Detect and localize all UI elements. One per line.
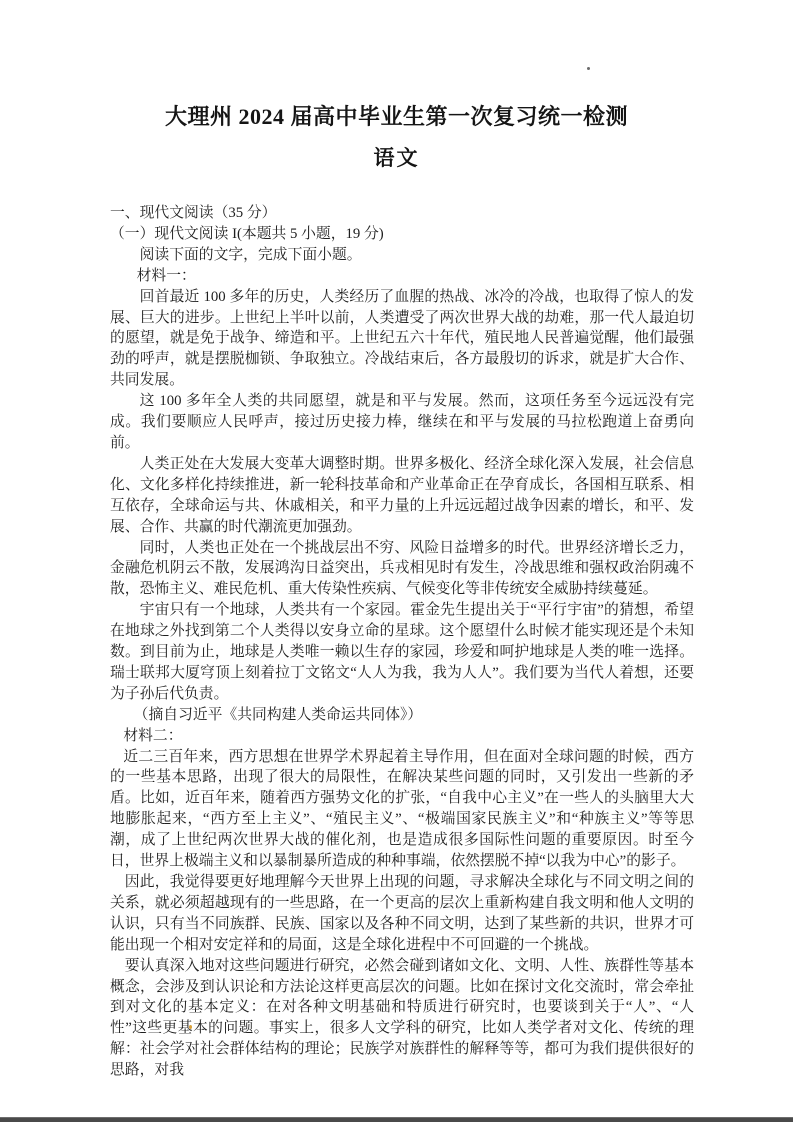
material-1-paragraph: 同时，人类也正处在一个挑战层出不穷、风险日益增多的时代。世界经济增长乏力，金融危… bbox=[110, 538, 694, 601]
scan-speck-top bbox=[587, 67, 590, 70]
material-1-label: 材料一： bbox=[110, 266, 694, 287]
exam-subject: 语文 bbox=[0, 142, 793, 172]
exam-title: 大理州 2024 届高中毕业生第一次复习统一检测 bbox=[0, 100, 793, 131]
instruction-line: 阅读下面的文字，完成下面小题。 bbox=[110, 245, 694, 266]
material-2-paragraph: 近二三百年来，西方思想在世界学术界起着主导作用，但在面对全球问题的时候，西方的一… bbox=[110, 747, 694, 872]
scan-speck-bottom bbox=[189, 1025, 192, 1029]
material-1-paragraph: 这 100 多年全人类的共同愿望，就是和平与发展。然而，这项任务至今远远没有完成… bbox=[110, 391, 694, 454]
document-page: 大理州 2024 届高中毕业生第一次复习统一检测 语文 一、现代文阅读（35 分… bbox=[0, 0, 793, 1122]
material-2-label: 材料二： bbox=[110, 726, 694, 747]
exam-body: 一、现代文阅读（35 分） （一）现代文阅读 I(本题共 5 小题，19 分) … bbox=[110, 203, 694, 1081]
subsection-heading: （一）现代文阅读 I(本题共 5 小题，19 分) bbox=[110, 224, 694, 245]
material-1-paragraph: 宇宙只有一个地球，人类共有一个家园。霍金先生提出关于“平行宇宙”的猜想，希望在地… bbox=[110, 600, 694, 705]
material-2-paragraph: 要认真深入地对这些问题进行研究，必然会碰到诸如文化、文明、人性、族群性等基本概念… bbox=[110, 956, 694, 1081]
material-1-paragraph: 回首最近 100 多年的历史，人类经历了血腥的热战、冰冷的冷战，也取得了惊人的发… bbox=[110, 287, 694, 392]
source-attribution: （摘自习近平《共同构建人类命运共同体》） bbox=[110, 705, 694, 726]
material-1-paragraph: 人类正处在大发展大变革大调整时期。世界多极化、经济全球化深入发展，社会信息化、文… bbox=[110, 454, 694, 538]
section-heading: 一、现代文阅读（35 分） bbox=[110, 203, 694, 224]
page-bottom-edge bbox=[0, 1117, 793, 1122]
material-2-paragraph: 因此，我觉得要更好地理解今天世界上出现的问题，寻求解决全球化与不同文明之间的关系… bbox=[110, 872, 694, 956]
